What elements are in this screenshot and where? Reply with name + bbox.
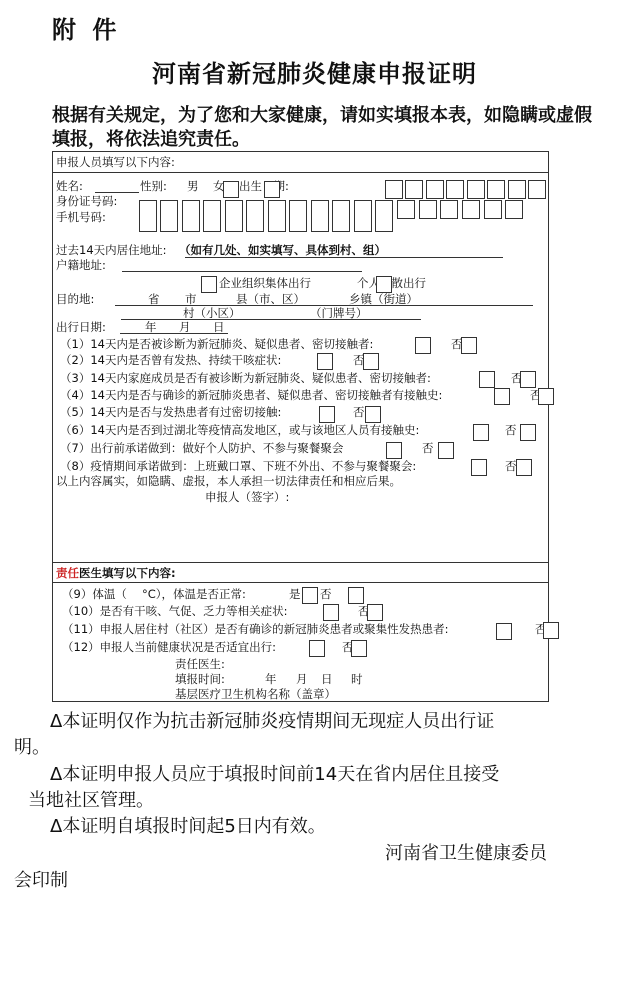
id-cell[interactable] — [484, 200, 502, 219]
id-cell[interactable] — [440, 200, 458, 219]
q5-yes-checkbox[interactable] — [319, 406, 335, 423]
q9-yes-checkbox[interactable] — [302, 587, 318, 604]
question-3: （3）14天内家庭成员是否有被诊断为新冠肺炎、疑似患者、密切接触者: — [60, 371, 431, 385]
q10-no-checkbox[interactable] — [367, 604, 383, 621]
declaration-text: 以上内容属实，如隐瞒、虚报，本人承担一切法律责任和相应后果。 — [56, 474, 401, 488]
q5-no-label: 否 — [353, 405, 365, 419]
question-9: （9）体温（ °C），体温是否正常: — [62, 587, 246, 601]
fill-time-label: 填报时间: — [175, 672, 225, 686]
note-2-line-2: 当地社区管理。 — [28, 789, 154, 813]
signature-label: 申报人（签字）: — [205, 490, 289, 504]
hukou-field[interactable] — [122, 271, 362, 272]
travel-date-label: 出行日期: — [56, 320, 106, 334]
gender-male-label: 男 — [187, 179, 199, 193]
note-1-line-2: 明。 — [14, 736, 50, 760]
q11-yes-checkbox[interactable] — [496, 623, 512, 640]
travel-date-year: 年 — [145, 320, 157, 334]
id-phone-cell[interactable] — [332, 200, 350, 232]
id-phone-cell[interactable] — [311, 200, 329, 232]
hukou-label: 户籍地址: — [56, 258, 106, 272]
name-field[interactable] — [95, 192, 139, 193]
id-phone-cell[interactable] — [139, 200, 157, 232]
id-number-label: 身份证号码: — [56, 194, 117, 208]
id-phone-cell[interactable] — [203, 200, 221, 232]
q12-yes-checkbox[interactable] — [309, 640, 325, 657]
heading-highlight: 责任 — [56, 566, 79, 580]
phone-label: 手机号码: — [56, 210, 106, 224]
fill-time-year: 年 — [265, 672, 277, 686]
q6-no-checkbox[interactable] — [520, 424, 536, 441]
question-4: （4）14天内是否与确诊的新冠肺炎患者、疑似患者、密切接触者有接触史: — [60, 388, 442, 402]
q9-yes-label: 是 — [289, 587, 301, 601]
q12-no-checkbox[interactable] — [351, 640, 367, 657]
q10-yes-checkbox[interactable] — [323, 604, 339, 621]
fill-time-month: 月 — [296, 672, 308, 686]
page-title: 河南省新冠肺炎健康申报证明 — [152, 54, 477, 89]
dest-town: 乡镇（街道） — [349, 292, 418, 306]
digit-cell[interactable] — [385, 180, 403, 199]
residence-hint: （如有几处、如实填写、具体到村、组） — [179, 243, 386, 257]
q8-yes-checkbox[interactable] — [471, 459, 487, 476]
q7-yes-checkbox[interactable] — [386, 442, 402, 459]
dest-city: 市 — [185, 292, 197, 306]
question-1: （1）14天内是否被诊断为新冠肺炎、疑似患者、密切接触者: — [60, 337, 373, 351]
q9-no-label: 否 — [320, 587, 332, 601]
divider — [53, 172, 548, 173]
group-travel-label: 企业组织集体出行 — [219, 276, 311, 290]
travel-date-day: 日 — [213, 320, 225, 334]
question-6: （6）14天内是否到过湖北等疫情高发地区，或与该地区人员有接触史: — [60, 423, 419, 437]
digit-cell[interactable] — [487, 180, 505, 199]
destination-label: 目的地: — [56, 292, 94, 306]
q2-yes-checkbox[interactable] — [317, 353, 333, 370]
fill-time-hour: 时 — [351, 672, 363, 686]
q3-no-checkbox[interactable] — [520, 371, 536, 388]
q5-no-checkbox[interactable] — [365, 406, 381, 423]
digit-cell[interactable] — [426, 180, 444, 199]
gender-checkbox[interactable] — [223, 181, 239, 198]
question-12: （12）申报人当前健康状况是否适宜出行: — [62, 640, 276, 654]
question-2: （2）14天内是否曾有发热、持续干咳症状: — [60, 353, 281, 367]
q4-no-checkbox[interactable] — [538, 388, 554, 405]
note-1-line-1: Δ本证明仅作为抗击新冠肺炎疫情期间无现症人员出行证 — [50, 710, 494, 734]
fill-time-day: 日 — [321, 672, 333, 686]
travel-date-month: 月 — [179, 320, 191, 334]
q1-yes-checkbox[interactable] — [415, 337, 431, 354]
q6-no-label: 否 — [505, 423, 517, 437]
residence-label: 过去14天内居住地址: — [56, 243, 167, 257]
signature-field[interactable] — [313, 488, 493, 506]
id-phone-cell[interactable] — [182, 200, 200, 232]
issuer-line-1: 河南省卫生健康委员 — [385, 842, 547, 866]
applicant-section-heading: 申报人员填写以下内容: — [56, 155, 175, 169]
dest-number: （门牌号） — [310, 306, 368, 320]
individual-travel-checkbox[interactable] — [376, 276, 392, 293]
digit-cell[interactable] — [405, 180, 423, 199]
q6-yes-checkbox[interactable] — [473, 424, 489, 441]
name-label: 姓名: — [56, 179, 83, 193]
q8-no-label: 否 — [505, 459, 517, 473]
question-5: （5）14天内是否与发热患者有过密切接触: — [60, 405, 281, 419]
digit-cell[interactable] — [508, 180, 526, 199]
issuer-line-2: 会印制 — [14, 869, 68, 893]
id-phone-cell[interactable] — [225, 200, 243, 232]
q4-yes-checkbox[interactable] — [494, 388, 510, 405]
digit-cell[interactable] — [467, 180, 485, 199]
doctor-label: 责任医生: — [175, 657, 225, 671]
id-cell[interactable] — [462, 200, 480, 219]
q1-no-checkbox[interactable] — [461, 337, 477, 354]
q9-no-checkbox[interactable] — [348, 587, 364, 604]
id-phone-cell[interactable] — [246, 200, 264, 232]
id-cell[interactable] — [397, 200, 415, 219]
q7-no-label: 否 — [422, 441, 434, 455]
destination-detail-field[interactable] — [121, 319, 421, 320]
q2-no-checkbox[interactable] — [363, 353, 379, 370]
q8-no-checkbox[interactable] — [516, 459, 532, 476]
dest-village: 村（小区） — [183, 306, 241, 320]
id-phone-cell[interactable] — [268, 200, 286, 232]
q11-no-checkbox[interactable] — [543, 622, 559, 639]
question-7: （7）出行前承诺做到：做好个人防护、不参与聚餐聚会 — [60, 441, 343, 455]
dest-province: 省 — [148, 292, 160, 306]
declaration-form: 申报人员填写以下内容: 姓名: 性别: 男 女 出生日期: 身份证号码: 手机号… — [52, 151, 549, 702]
question-8: （8）疫情期间承诺做到：上班戴口罩、下班不外出、不参与聚餐聚会: — [60, 459, 416, 473]
heading-rest: 医生填写以下内容: — [79, 566, 176, 580]
org-stamp-label: 基层医疗卫生机构名称（盖章） — [175, 687, 336, 701]
note-2-line-1: Δ本证明申报人员应于填报时间前14天在省内居住且接受 — [50, 763, 499, 787]
travel-date-field[interactable] — [120, 333, 228, 334]
id-phone-cell[interactable] — [375, 200, 393, 232]
id-cell[interactable] — [419, 200, 437, 219]
group-travel-checkbox[interactable] — [201, 276, 217, 293]
gender-label: 性别: — [140, 179, 167, 193]
question-11: （11）申报人居住村（社区）是否有确诊的新冠肺炎患者或聚集性发热患者: — [62, 622, 449, 636]
divider — [53, 582, 548, 583]
id-phone-cell[interactable] — [354, 200, 372, 232]
q3-yes-checkbox[interactable] — [479, 371, 495, 388]
birth-checkbox[interactable] — [264, 181, 280, 198]
dest-county: 县（市、区） — [236, 292, 305, 306]
q7-no-checkbox[interactable] — [438, 442, 454, 459]
note-3: Δ本证明自填报时间起5日内有效。 — [50, 815, 326, 839]
doctor-section-heading: 责任医生填写以下内容: — [56, 566, 176, 580]
divider — [53, 562, 548, 563]
digit-cell[interactable] — [528, 180, 546, 199]
annex-label: 附 件 — [52, 10, 120, 45]
residence-field[interactable] — [185, 257, 503, 258]
intro-text: 根据有关规定，为了您和大家健康，请如实填报本表，如隐瞒或虚假填报，将依法追究责任… — [52, 104, 592, 152]
id-phone-cell[interactable] — [289, 200, 307, 232]
id-phone-cell[interactable] — [160, 200, 178, 232]
question-10: （10）是否有干咳、气促、乏力等相关症状: — [62, 604, 288, 618]
id-cell[interactable] — [505, 200, 523, 219]
digit-cell[interactable] — [446, 180, 464, 199]
